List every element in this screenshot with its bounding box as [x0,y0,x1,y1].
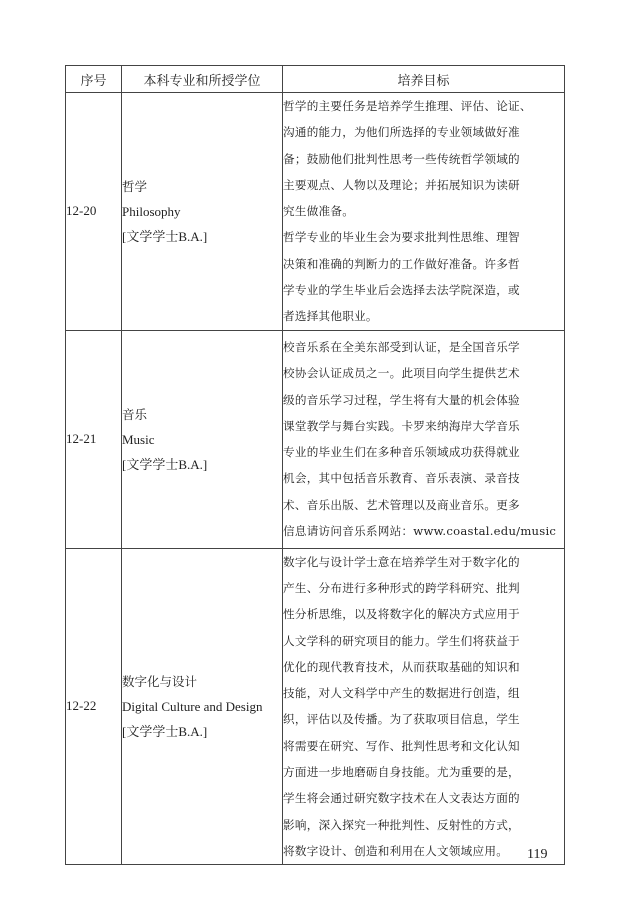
major-name-zh: 哲学 [122,174,282,199]
degree-label: [文学学士B.A.] [122,452,282,477]
major-name-en: Digital Culture and Design [122,694,282,719]
goal-line: 性分析思维，以及将数字化的解决方式应用于 [283,601,564,627]
table-row: 12-20 哲学 Philosophy [文学学士B.A.] 哲学的主要任务是培… [66,93,565,331]
goal-line: 产生、分布进行多种形式的跨学科研究、批判 [283,575,564,601]
major-name-zh: 音乐 [122,402,282,427]
goal-line: 哲学的主要任务是培养学生推理、评估、论证、 [283,93,564,119]
goal-line: 学专业的学生毕业后会选择去法学院深造，或 [283,277,564,303]
row-number: 12-20 [66,93,122,331]
table-header-row: 序号 本科专业和所授学位 培养目标 [66,66,565,93]
goal-line: 主要观点、人物以及理论；并拓展知识为读研 [283,172,564,198]
goal-cell: 数字化与设计学士意在培养学生对于数字化的 产生、分布进行多种形式的跨学科研究、批… [283,548,565,865]
goal-line: 决策和准确的判断力的工作做好准备。许多哲 [283,251,564,277]
goal-line: 级的音乐学习过程，学生将有大量的机会体验 [283,387,564,413]
goal-line: 织，评估以及传播。为了获取项目信息，学生 [283,706,564,732]
goal-line: 技能，对人文科学中产生的数据进行创造，组 [283,680,564,706]
row-number: 12-21 [66,330,122,548]
row-number: 12-22 [66,548,122,865]
goal-line: 将数字设计、创造和利用在人文领域应用。 [283,838,564,864]
page-number: 119 [527,847,547,863]
major-name-en: Philosophy [122,199,282,224]
goal-line: 信息请访问音乐系网站：www.coastal.edu/music [283,518,564,544]
major-cell: 数字化与设计 Digital Culture and Design [文学学士B… [122,548,283,865]
goal-line: 哲学专业的毕业生会为要求批判性思维、理智 [283,224,564,250]
goal-line: 将需要在研究、写作、批判性思考和文化认知 [283,733,564,759]
goal-line: 校音乐系在全美东部受到认证，是全国音乐学 [283,334,564,360]
header-major-degree: 本科专业和所授学位 [122,66,283,93]
goal-line: 专业的毕业生们在多种音乐领域成功获得就业 [283,439,564,465]
goal-line: 数字化与设计学士意在培养学生对于数字化的 [283,549,564,575]
goal-line: 校协会认证成员之一。此项目向学生提供艺术 [283,360,564,386]
goal-line: 优化的现代教育技术，从而获取基础的知识和 [283,654,564,680]
table-row: 12-21 音乐 Music [文学学士B.A.] 校音乐系在全美东部受到认证，… [66,330,565,548]
goal-cell: 哲学的主要任务是培养学生推理、评估、论证、 沟通的能力，为他们所选择的专业领域做… [283,93,565,331]
goal-line: 究生做准备。 [283,198,564,224]
document-page: 序号 本科专业和所授学位 培养目标 12-20 哲学 Philosophy [文… [0,0,628,909]
degree-label: [文学学士B.A.] [122,224,282,249]
major-name-en: Music [122,427,282,452]
header-goals: 培养目标 [283,66,565,93]
table-row: 12-22 数字化与设计 Digital Culture and Design … [66,548,565,865]
major-cell: 音乐 Music [文学学士B.A.] [122,330,283,548]
major-cell: 哲学 Philosophy [文学学士B.A.] [122,93,283,331]
goal-line: 者选择其他职业。 [283,303,564,329]
goal-line: 机会，其中包括音乐教育、音乐表演、录音技 [283,465,564,491]
degree-label: [文学学士B.A.] [122,719,282,744]
goal-line: 影响，深入探究一种批判性、反射性的方式， [283,812,564,838]
goal-line: 人文学科的研究项目的能力。学生们将获益于 [283,628,564,654]
major-name-zh: 数字化与设计 [122,669,282,694]
header-number: 序号 [66,66,122,93]
degree-programs-table: 序号 本科专业和所授学位 培养目标 12-20 哲学 Philosophy [文… [65,65,565,865]
goal-line: 术、音乐出版、艺术管理以及商业音乐。更多 [283,492,564,518]
goal-line: 沟通的能力，为他们所选择的专业领域做好准 [283,119,564,145]
goal-line: 方面进一步地磨砺自身技能。尤为重要的是， [283,759,564,785]
goal-line: 备；鼓励他们批判性思考一些传统哲学领域的 [283,146,564,172]
goal-line: 课堂教学与舞台实践。卡罗来纳海岸大学音乐 [283,413,564,439]
goal-line: 学生将会通过研究数字技术在人文表达方面的 [283,785,564,811]
goal-cell: 校音乐系在全美东部受到认证，是全国音乐学 校协会认证成员之一。此项目向学生提供艺… [283,330,565,548]
